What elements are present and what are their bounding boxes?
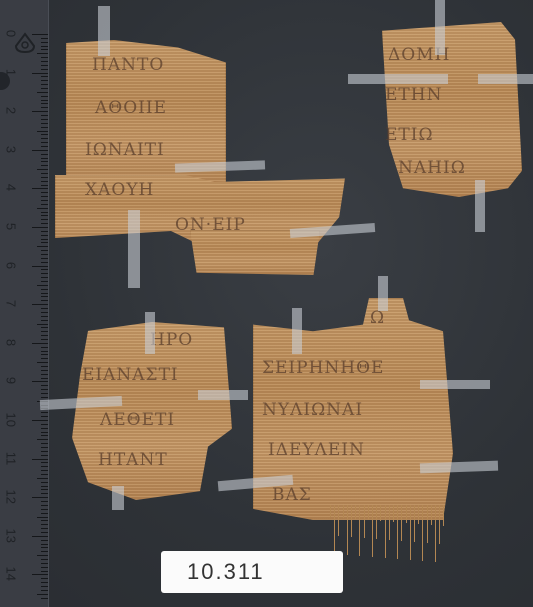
ruler-tick (41, 567, 48, 568)
fiber-strand (427, 505, 428, 543)
fragment-line: ΣΕΙΡΗΝΗΘΕ (262, 358, 384, 378)
ruler-tick (32, 420, 48, 421)
ruler-tick (41, 80, 48, 81)
ruler-tick (41, 447, 48, 448)
ruler-tick (41, 296, 48, 297)
fragment-line: Ω (370, 308, 385, 328)
ruler-tick (41, 146, 48, 147)
fiber-strand (410, 505, 411, 560)
ruler-number: 7 (4, 297, 19, 311)
ruler-tick (41, 212, 48, 213)
fragment-line: ΑΘΟΙΙΕ (95, 98, 167, 118)
ruler-tick (41, 397, 48, 398)
inventory-label: 10.311 (161, 551, 343, 593)
ruler-tick (41, 544, 48, 545)
ruler-tick (41, 493, 48, 494)
tape-strip (112, 486, 124, 510)
fiber-strand (368, 505, 369, 520)
ruler-tick (41, 547, 48, 548)
tape-strip (478, 74, 533, 84)
ruler-tick (41, 308, 48, 309)
fragment-line: ΙΔΕΥΛΕΙΝ (268, 440, 365, 460)
ruler-tick (41, 185, 48, 186)
ruler-tick (32, 111, 48, 112)
ruler-tick (41, 351, 48, 352)
fiber-strand (338, 505, 339, 536)
ruler-tick (41, 327, 48, 328)
ruler-tick (32, 574, 48, 575)
fiber-strand (418, 505, 419, 524)
ruler-tick (41, 42, 48, 43)
fiber-strand (364, 505, 365, 538)
ruler-tick (41, 501, 48, 502)
ruler-tick (41, 277, 48, 278)
ruler-tick (41, 123, 48, 124)
fragment-line: ΛΕΘΕΤΙ (100, 410, 175, 430)
fragment-line: ΝΥΛΙΩΝΑΙ (262, 400, 363, 420)
ruler-tick (41, 412, 48, 413)
ruler-tick (41, 181, 48, 182)
ruler-tick (41, 416, 48, 417)
ruler-tick (41, 466, 48, 467)
ruler-tick (41, 513, 48, 514)
fiber-strand (414, 505, 415, 542)
fiber-strand (347, 505, 348, 555)
ruler-number: 9 (4, 374, 19, 388)
fragment-line: ΗΤΑΝΤ (98, 450, 168, 470)
ruler-tick (41, 590, 48, 591)
ruler-number: 13 (4, 528, 19, 542)
fiber-strand (389, 505, 390, 540)
fiber-strand (443, 505, 444, 526)
ruler-tick (37, 131, 48, 132)
ruler-tick (41, 254, 48, 255)
ruler-tick (41, 470, 48, 471)
ruler-tick (41, 154, 48, 155)
ruler-tick (41, 532, 48, 533)
ruler-tick (37, 169, 48, 170)
fragment-line: ΕΤΗΝ (385, 85, 442, 105)
ruler-tick (41, 177, 48, 178)
ruler-tick (41, 46, 48, 47)
ruler-tick (41, 455, 48, 456)
fragment-line: ΙΩΝΑΙΤΙ (85, 140, 165, 160)
ruler-tick (41, 551, 48, 552)
ruler-tick (41, 374, 48, 375)
ruler-tick (41, 489, 48, 490)
ruler-tick (41, 250, 48, 251)
ruler-tick (41, 281, 48, 282)
ruler-tick (41, 366, 48, 367)
ruler-tick (41, 242, 48, 243)
ruler-tick (41, 196, 48, 197)
ruler-tick (37, 324, 48, 325)
ruler-tick (41, 84, 48, 85)
fragment-line: ΕΙΑΝΑΣΤΙ (82, 365, 179, 385)
fiber-strand (385, 505, 386, 558)
ruler-tick (41, 578, 48, 579)
ruler-tick (41, 331, 48, 332)
ruler-tick (37, 555, 48, 556)
ruler-tick (37, 208, 48, 209)
ruler-tick (41, 57, 48, 58)
ruler-tick (41, 462, 48, 463)
ruler-tick (37, 594, 48, 595)
ruler-tick (41, 582, 48, 583)
ruler-number: 6 (4, 258, 19, 272)
ruler-tick (41, 335, 48, 336)
ruler-tick (41, 235, 48, 236)
ruler-tick (41, 389, 48, 390)
ruler-tick (41, 451, 48, 452)
ruler-tick (37, 246, 48, 247)
ruler-tick (41, 138, 48, 139)
ruler-tick (41, 339, 48, 340)
ruler: 01234567891011121314 (0, 0, 49, 607)
ruler-tick (37, 53, 48, 54)
ruler-tick (41, 223, 48, 224)
fiber-strand (397, 505, 398, 559)
papyrus-photograph: 01234567891011121314 ΠΑΝΤΟ ΑΘΟΙΙΕ ΙΩΝΑΙΤ… (0, 0, 533, 607)
ruler-number: 2 (4, 104, 19, 118)
ruler-tick (41, 520, 48, 521)
ruler-tick (41, 486, 48, 487)
ruler-tick (41, 289, 48, 290)
ruler-tick (32, 459, 48, 460)
ruler-number: 1 (4, 65, 19, 79)
ruler-tick (41, 505, 48, 506)
ruler-tick (41, 269, 48, 270)
ruler-tick (41, 215, 48, 216)
ruler-tick (32, 266, 48, 267)
ruler-tick (41, 354, 48, 355)
ruler-tick (32, 304, 48, 305)
ruler-tick (37, 285, 48, 286)
ruler-tick (37, 478, 48, 479)
tape-strip (475, 180, 485, 232)
ruler-tick (41, 107, 48, 108)
fragment-line: ΗΡΟ (150, 330, 193, 350)
ruler-tick (41, 559, 48, 560)
ruler-tick (41, 204, 48, 205)
ruler-tick (41, 358, 48, 359)
ruler-tick (41, 370, 48, 371)
tape-strip (420, 380, 490, 389)
ruler-tick (41, 192, 48, 193)
ruler-tick (32, 497, 48, 498)
tape-strip (292, 308, 302, 354)
fiber-strand (406, 505, 407, 523)
ruler-tick (32, 73, 48, 74)
ruler-number: 0 (4, 27, 19, 41)
ruler-tick (41, 320, 48, 321)
ruler-tick (32, 34, 48, 35)
fiber-strand (330, 505, 331, 517)
ruler-tick (41, 76, 48, 77)
ruler-number: 4 (4, 181, 19, 195)
ruler-tick (41, 165, 48, 166)
fiber-strand (359, 505, 360, 556)
fiber-strand (401, 505, 402, 541)
ruler-tick (37, 362, 48, 363)
ruler-tick (41, 393, 48, 394)
ruler-tick (41, 435, 48, 436)
fiber-strand (372, 505, 373, 557)
ruler-tick (41, 378, 48, 379)
ruler-tick (41, 474, 48, 475)
ruler-tick (41, 586, 48, 587)
tape-strip (198, 390, 248, 400)
ruler-tick (41, 424, 48, 425)
ruler-tick (41, 200, 48, 201)
ruler-tick (41, 49, 48, 50)
ruler-number: 14 (4, 567, 19, 581)
ruler-tick (41, 316, 48, 317)
fiber-strand (422, 505, 423, 561)
ruler-tick (41, 88, 48, 89)
ruler-tick (41, 115, 48, 116)
fiber-strand (334, 505, 335, 554)
fiber-strand (439, 505, 440, 544)
ruler-tick (41, 258, 48, 259)
ruler-tick (41, 142, 48, 143)
fiber-strand (435, 505, 436, 562)
ruler-tick (37, 439, 48, 440)
ruler-tick (37, 92, 48, 93)
ruler-tick (41, 61, 48, 62)
ruler-tick (32, 150, 48, 151)
ruler-tick (41, 134, 48, 135)
fragment-line: ΧΑΟΥΗ (85, 180, 154, 200)
ruler-tick (41, 262, 48, 263)
ruler-tick (41, 385, 48, 386)
ruler-tick (41, 119, 48, 120)
tape-strip (175, 160, 265, 172)
ruler-tick (41, 528, 48, 529)
ruler-tick (41, 509, 48, 510)
fiber-strand (343, 505, 344, 518)
ruler-tick (41, 312, 48, 313)
ruler-tick (41, 231, 48, 232)
ruler-tick (41, 524, 48, 525)
tape-strip (435, 0, 445, 55)
fiber-strand (351, 505, 352, 537)
ruler-tick (41, 38, 48, 39)
fragment-line: ΝΑΗΙΩ (398, 158, 466, 178)
ruler-tick (41, 100, 48, 101)
tape-strip (98, 6, 110, 56)
ruler-tick (37, 517, 48, 518)
tape-strip (145, 312, 155, 354)
ruler-tick (41, 571, 48, 572)
ruler-tick (41, 293, 48, 294)
fragment-line: ΒΑΣ (272, 485, 312, 505)
ruler-tick (41, 443, 48, 444)
ruler-number: 11 (4, 451, 19, 465)
ruler-tick (41, 432, 48, 433)
ruler-tick (41, 158, 48, 159)
ruler-tick (32, 536, 48, 537)
ruler-number: 12 (4, 490, 19, 504)
fragment-line: ΟΝ·ΕΙΡ (175, 215, 246, 235)
ruler-tick (41, 65, 48, 66)
ruler-tick (32, 188, 48, 189)
fiber-strand (393, 505, 394, 522)
fiber-strand (380, 505, 381, 521)
tape-strip (348, 74, 448, 84)
ruler-number: 3 (4, 142, 19, 156)
ruler-tick (41, 161, 48, 162)
ruler-tick (41, 69, 48, 70)
fiber-strand (376, 505, 377, 539)
ruler-tick (41, 96, 48, 97)
ruler-tick (41, 540, 48, 541)
ruler-tick (41, 347, 48, 348)
fiber-strand (355, 505, 356, 519)
ruler-tick (41, 219, 48, 220)
tape-strip (128, 210, 140, 288)
inventory-number: 10.311 (187, 559, 265, 585)
ruler-tick (41, 598, 48, 599)
ruler-tick (41, 273, 48, 274)
ruler-tick (41, 103, 48, 104)
fragment-line: ΕΤΙΩ (385, 125, 434, 145)
ruler-tick (32, 381, 48, 382)
ruler-tick (41, 127, 48, 128)
ruler-number: 8 (4, 335, 19, 349)
ruler-tick (32, 343, 48, 344)
ruler-tick (41, 428, 48, 429)
ruler-tick (41, 563, 48, 564)
ruler-tick (41, 173, 48, 174)
tape-strip (420, 461, 498, 474)
ruler-tick (41, 300, 48, 301)
ruler-tick (32, 227, 48, 228)
ruler-number: 10 (4, 413, 19, 427)
fragment-line: ΠΑΝΤΟ (92, 55, 164, 75)
ruler-tick (41, 239, 48, 240)
ruler-tick (41, 482, 48, 483)
fiber-strand (431, 505, 432, 525)
tape-strip (378, 276, 388, 311)
ruler-number: 5 (4, 220, 19, 234)
